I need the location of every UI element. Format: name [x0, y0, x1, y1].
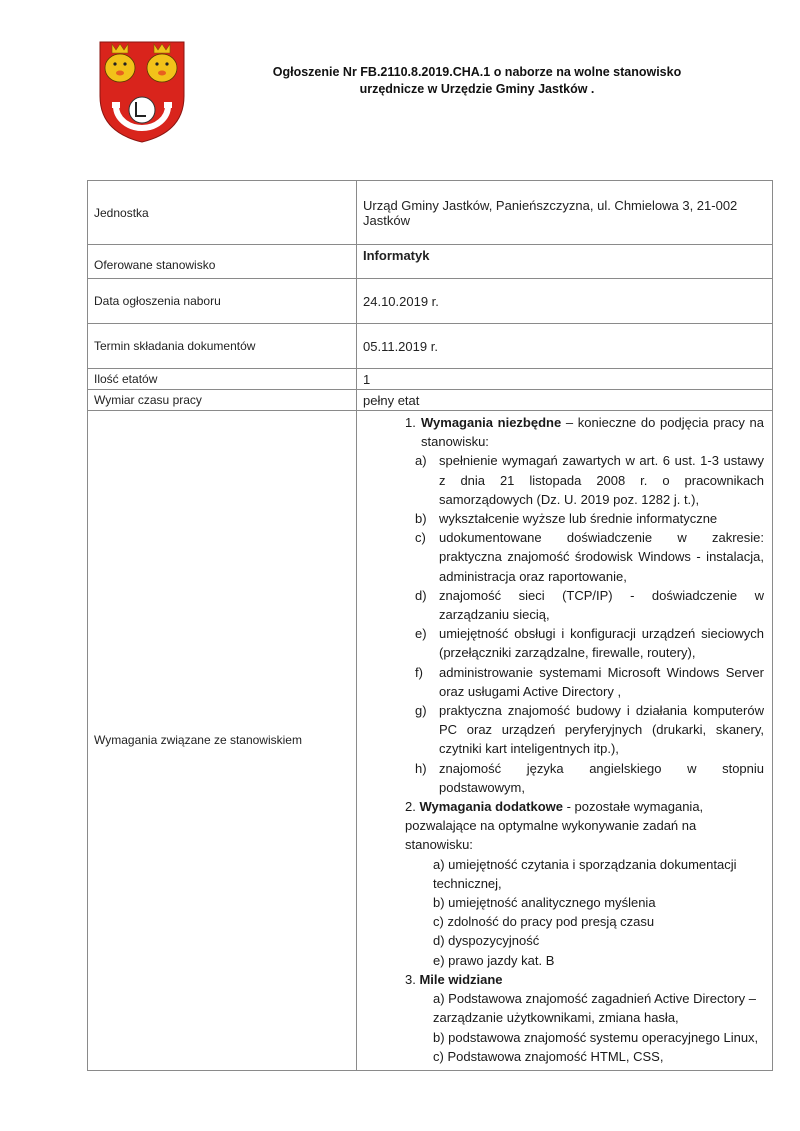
- list-item: g)praktyczna znajomość budowy i działani…: [375, 701, 764, 759]
- section-number: 2.: [405, 799, 416, 814]
- list-item: d) dyspozycyjność: [375, 931, 764, 950]
- row-label-position: Oferowane stanowisko: [88, 245, 357, 279]
- list-item: d)znajomość sieci (TCP/IP) - doświadczen…: [375, 586, 764, 624]
- requirements-section-nice-to-have: 3. Mile widziane: [375, 970, 764, 989]
- item-text: znajomość sieci (TCP/IP) - doświadczenie…: [439, 588, 764, 622]
- section-number: 1.: [405, 413, 416, 432]
- table-row: Wymiar czasu pracy pełny etat: [88, 390, 773, 411]
- item-text: administrowanie systemami Microsoft Wind…: [439, 665, 764, 699]
- item-letter: f): [415, 663, 423, 682]
- requirements-section-mandatory: 1. Wymagania niezbędne – konieczne do po…: [375, 413, 764, 451]
- item-letter: a): [415, 451, 427, 470]
- list-item: f)administrowanie systemami Microsoft Wi…: [375, 663, 764, 701]
- item-text: umiejętność obsługi i konfiguracji urząd…: [439, 626, 764, 660]
- list-item: a) umiejętność czytania i sporządzania d…: [375, 855, 764, 893]
- announcement-title: Ogłoszenie Nr FB.2110.8.2019.CHA.1 o nab…: [232, 64, 722, 98]
- coat-of-arms-icon: [96, 36, 188, 144]
- list-item: a)spełnienie wymagań zawartych w art. 6 …: [375, 451, 764, 509]
- item-text: praktyczna znajomość budowy i działania …: [439, 703, 764, 756]
- item-text: udokumentowane doświadczenie w zakresie:…: [439, 530, 764, 583]
- table-row: Ilość etatów 1: [88, 369, 773, 390]
- section-number: 3.: [405, 972, 416, 987]
- table-row: Oferowane stanowisko Informatyk: [88, 245, 773, 279]
- list-item: c) Podstawowa znajomość HTML, CSS,: [375, 1047, 764, 1066]
- item-text: spełnienie wymagań zawartych w art. 6 us…: [439, 453, 764, 506]
- table-row: Jednostka Urząd Gminy Jastków, Panieńszc…: [88, 181, 773, 245]
- title-line-1: Ogłoszenie Nr FB.2110.8.2019.CHA.1 o nab…: [232, 64, 722, 81]
- row-value-unit: Urząd Gminy Jastków, Panieńszczyzna, ul.…: [357, 181, 773, 245]
- list-item: b) umiejętność analitycznego myślenia: [375, 893, 764, 912]
- table-row: Termin składania dokumentów 05.11.2019 r…: [88, 324, 773, 369]
- list-item: h)znajomość języka angielskiego w stopni…: [375, 759, 764, 797]
- item-letter: e): [415, 624, 427, 643]
- row-label-positions-count: Ilość etatów: [88, 369, 357, 390]
- item-letter: b): [415, 509, 427, 528]
- item-letter: d): [415, 586, 427, 605]
- table-row: Wymagania związane ze stanowiskiem 1. Wy…: [88, 411, 773, 1071]
- list-item: c)udokumentowane doświadczenie w zakresi…: [375, 528, 764, 586]
- list-item: e)umiejętność obsługi i konfiguracji urz…: [375, 624, 764, 662]
- list-item: a) Podstawowa znajomość zagadnień Active…: [375, 989, 764, 1027]
- table-row: Data ogłoszenia naboru 24.10.2019 r.: [88, 279, 773, 324]
- item-text: znajomość języka angielskiego w stopniu …: [439, 761, 764, 795]
- requirements-list: 1. Wymagania niezbędne – konieczne do po…: [357, 411, 773, 1071]
- item-letter: g): [415, 701, 427, 720]
- list-item: b) podstawowa znajomość systemu operacyj…: [375, 1028, 764, 1047]
- row-label-work-time: Wymiar czasu pracy: [88, 390, 357, 411]
- section-title: Wymagania niezbędne: [421, 415, 561, 430]
- row-value-positions-count: 1: [357, 369, 773, 390]
- row-value-position: Informatyk: [357, 245, 773, 279]
- section-title: Wymagania dodatkowe: [419, 799, 563, 814]
- section-title: Mile widziane: [419, 972, 502, 987]
- item-letter: h): [415, 759, 427, 778]
- list-item: b)wykształcenie wyższe lub średnie infor…: [375, 509, 764, 528]
- row-label-deadline: Termin składania dokumentów: [88, 324, 357, 369]
- item-letter: c): [415, 528, 426, 547]
- list-item: c) zdolność do pracy pod presją czasu: [375, 912, 764, 931]
- row-label-unit: Jednostka: [88, 181, 357, 245]
- row-value-deadline: 05.11.2019 r.: [357, 324, 773, 369]
- title-line-2: urzędnicze w Urzędzie Gminy Jastków .: [232, 81, 722, 98]
- requirements-section-additional: 2. Wymagania dodatkowe - pozostałe wymag…: [375, 797, 764, 855]
- row-value-work-time: pełny etat: [357, 390, 773, 411]
- row-label-requirements: Wymagania związane ze stanowiskiem: [88, 411, 357, 1071]
- row-value-announce-date: 24.10.2019 r.: [357, 279, 773, 324]
- list-item: e) prawo jazdy kat. B: [375, 951, 764, 970]
- row-label-announce-date: Data ogłoszenia naboru: [88, 279, 357, 324]
- job-offer-table: Jednostka Urząd Gminy Jastków, Panieńszc…: [87, 180, 773, 1071]
- item-text: wykształcenie wyższe lub średnie informa…: [439, 511, 717, 526]
